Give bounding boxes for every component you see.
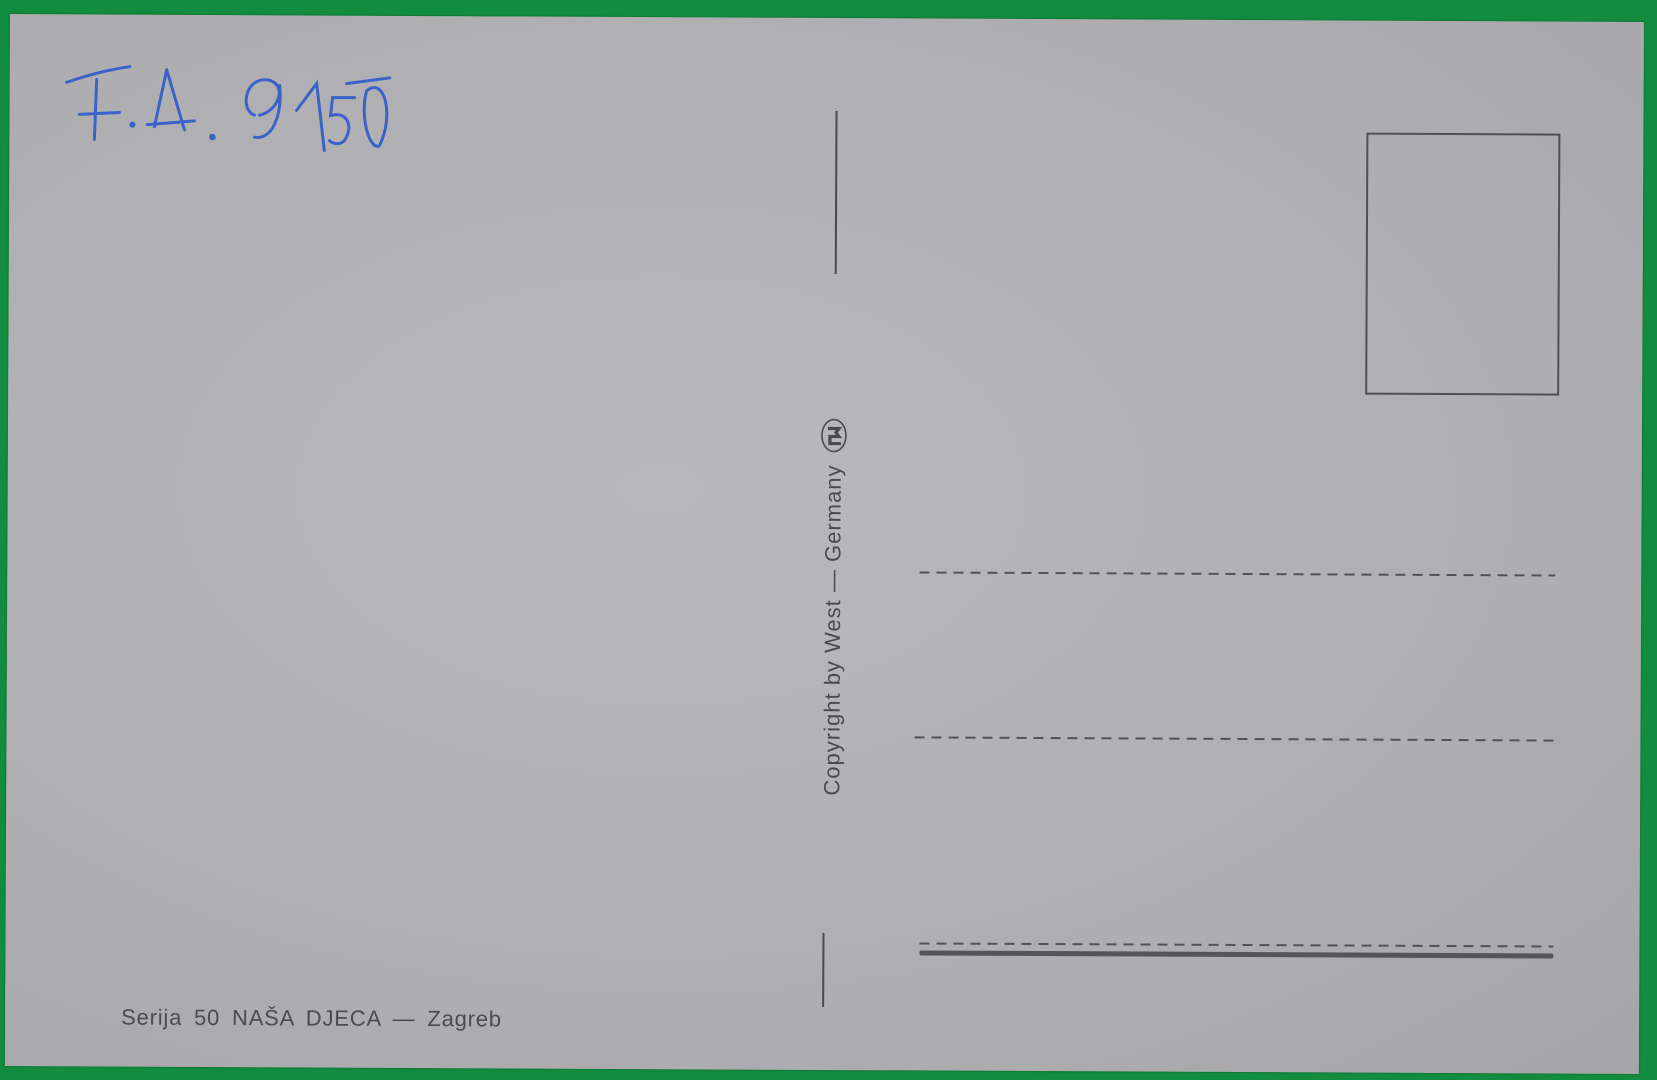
handwritten-note: F.A. 9150 — [54, 54, 415, 166]
postcard-back: F.A. 9150 — [5, 14, 1644, 1074]
stamp-box — [1365, 133, 1560, 396]
handwriting-glyphs — [54, 54, 415, 166]
copyright-text: Copyright by West — Germany — [819, 464, 847, 795]
center-divider-bottom — [822, 933, 824, 1007]
publisher-line: Serija 50 NAŠA DJECA — Zagreb — [121, 1005, 502, 1033]
address-line-1 — [919, 571, 1555, 576]
center-divider-top — [835, 111, 838, 274]
address-line-2 — [914, 736, 1558, 741]
copyright-label: Copyright by West — Germany — [813, 420, 853, 795]
address-underline-bar — [919, 950, 1553, 958]
address-line-3 — [919, 942, 1553, 947]
jr-monogram-logo-icon — [819, 416, 849, 454]
